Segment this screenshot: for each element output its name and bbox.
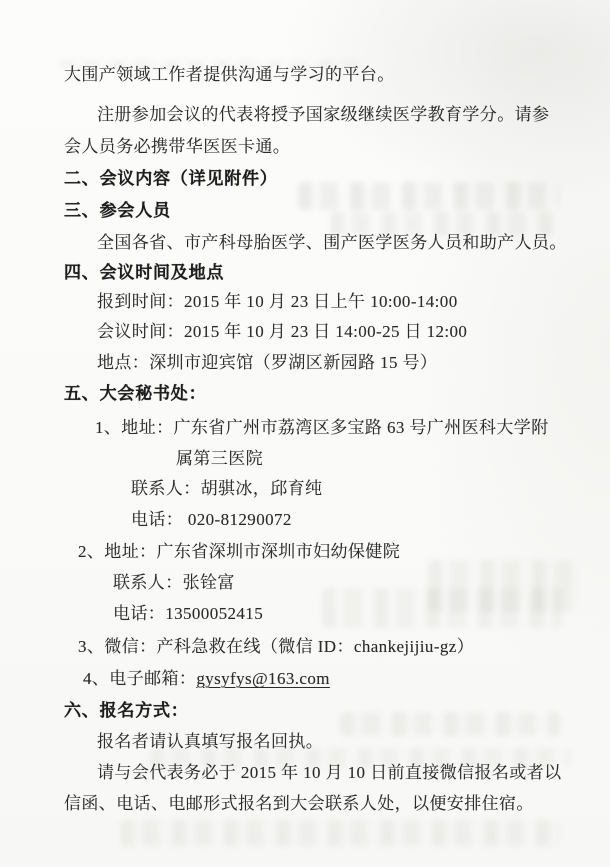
secretariat-wechat: 3、微信：产科急救在线（微信 ID：chankejijiu-gz） [78, 636, 474, 658]
secretariat-email-line: 4、电子邮箱：gysyfys@163.com [83, 668, 330, 690]
secretariat-2-contact: 联系人：张铨富 [113, 572, 235, 594]
signup-line-3: 信函、电话、电邮形式报名到大会联系人处，以便安排住宿。 [64, 793, 534, 815]
bleed-through-smudge [322, 588, 562, 628]
bleed-through-smudge [340, 712, 560, 736]
section-3-heading: 三、参会人员 [64, 200, 171, 222]
section-3-body: 全国各省、市产科母胎医学、围产医学医务人员和助产人员。 [97, 232, 567, 254]
meeting-time: 会议时间：2015 年 10 月 23 日 14:00-25 日 12:00 [97, 321, 467, 343]
section-4-heading: 四、会议时间及地点 [64, 262, 224, 284]
intro-line-2: 注册参加会议的代表将授予国家级继续医学教育学分。请参 [97, 104, 549, 126]
intro-line-1: 大围产领域工作者提供沟通与学习的平台。 [64, 64, 395, 86]
intro-line-3: 会人员务必携带华医医卡通。 [64, 136, 290, 158]
secretariat-1-contact: 联系人：胡骐冰，邱育纯 [131, 478, 322, 500]
email-label: 4、电子邮箱： [83, 669, 196, 688]
section-6-heading: 六、报名方式： [64, 700, 189, 722]
secretariat-2-phone: 电话：13500052415 [113, 603, 263, 625]
scanned-document-page: 大围产领域工作者提供沟通与学习的平台。 注册参加会议的代表将授予国家级继续医学教… [0, 0, 610, 867]
meeting-location: 地点：深圳市迎宾馆（罗湖区新园路 15 号） [97, 352, 437, 374]
bleed-through-smudge [120, 820, 560, 846]
secretariat-1-address-line-1: 1、地址：广东省广州市荔湾区多宝路 63 号广州医科大学附 [95, 417, 549, 439]
email-address: gysyfys@163.com [196, 669, 330, 688]
qr-code-svg [443, 472, 532, 557]
bleed-through-smudge [298, 182, 560, 210]
registration-time: 报到时间：2015 年 10 月 23 日上午 10:00-14:00 [97, 291, 458, 313]
section-5-heading: 五、大会秘书处： [64, 383, 206, 405]
section-2-heading: 二、会议内容（详见附件） [64, 168, 278, 190]
signup-line-1: 报名者请认真填写报名回执。 [97, 731, 323, 753]
secretariat-1-phone: 电话： 020-81290072 [131, 509, 292, 531]
bleed-through-smudge [428, 560, 578, 612]
wechat-qr-code [443, 472, 532, 557]
secretariat-2-address: 2、地址：广东省深圳市深圳市妇幼保健院 [78, 541, 400, 563]
signup-line-2: 请与会代表务必于 2015 年 10 月 10 日前直接微信报名或者以 [97, 762, 562, 784]
secretariat-1-address-line-2: 属第三医院 [176, 448, 263, 470]
